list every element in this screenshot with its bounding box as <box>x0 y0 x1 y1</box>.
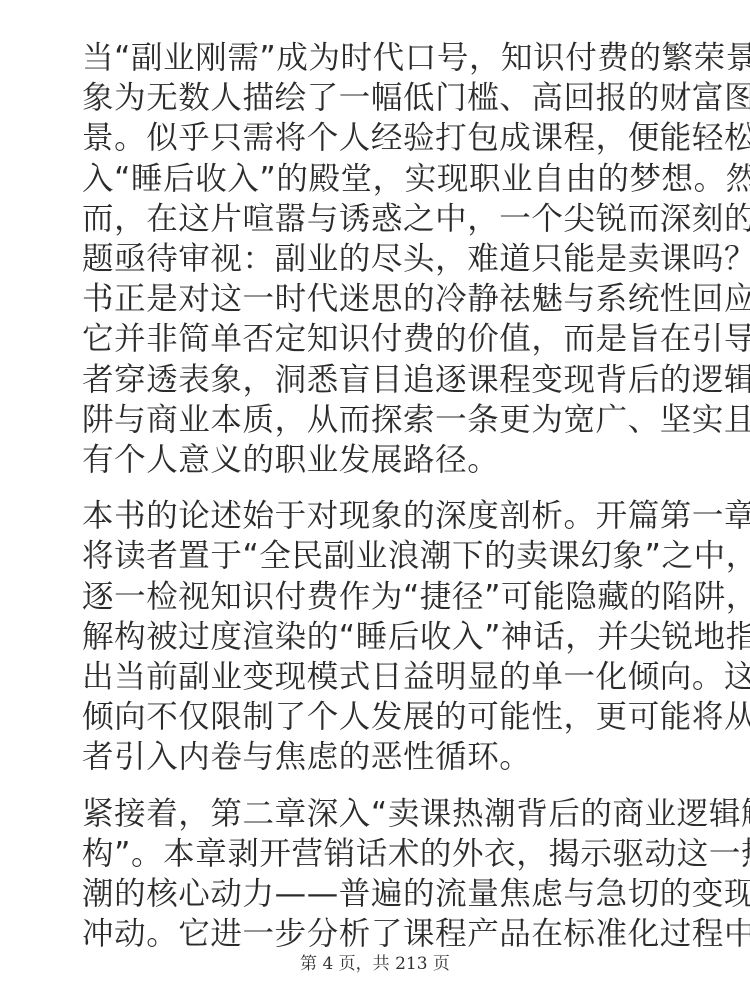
paragraph-3: 紧接着，第二章深入“卖课热潮背后的商业逻辑解 构”。本章剥开营销话术的外衣，揭示… <box>82 794 672 955</box>
text-line: 入“睡后收入”的殿堂，实现职业自由的梦想。然 <box>82 159 672 199</box>
text-line: 本书的论述始于对现象的深度剖析。开篇第一章便 <box>82 496 672 536</box>
text-line: 而，在这片喧嚣与诱惑之中，一个尖锐而深刻的问 <box>82 199 672 239</box>
text-line: 者穿透表象，洞悉盲目追逐课程变现背后的逻辑陷 <box>82 360 672 400</box>
text-line: 潮的核心动力——普遍的流量焦虑与急切的变现 <box>82 874 672 914</box>
paragraph-1: 当“副业刚需”成为时代口号，知识付费的繁荣景 象为无数人描绘了一幅低门槛、高回报… <box>82 38 672 480</box>
text-line: 解构被过度渲染的“睡后收入”神话，并尖锐地指 <box>82 617 672 657</box>
text-line: 将读者置于“全民副业浪潮下的卖课幻象”之中， <box>82 536 672 576</box>
text-line: 出当前副业变现模式日益明显的单一化倾向。这种 <box>82 657 672 697</box>
text-line: 有个人意义的职业发展路径。 <box>82 440 672 480</box>
document-page: 当“副业刚需”成为时代口号，知识付费的繁荣景 象为无数人描绘了一幅低门槛、高回报… <box>82 38 672 970</box>
text-line: 题亟待审视：副业的尽头，难道只能是卖课吗？本 <box>82 239 672 279</box>
text-line: 倾向不仅限制了个人发展的可能性，更可能将从业 <box>82 697 672 737</box>
text-line: 紧接着，第二章深入“卖课热潮背后的商业逻辑解 <box>82 794 672 834</box>
text-line: 阱与商业本质，从而探索一条更为宽广、坚实且富 <box>82 400 672 440</box>
paragraph-2: 本书的论述始于对现象的深度剖析。开篇第一章便 将读者置于“全民副业浪潮下的卖课幻… <box>82 496 672 777</box>
text-line: 构”。本章剥开营销话术的外衣，揭示驱动这一热 <box>82 834 672 874</box>
text-line: 逐一检视知识付费作为“捷径”可能隐藏的陷阱， <box>82 577 672 617</box>
text-line: 书正是对这一时代迷思的冷静祛魅与系统性回应。 <box>82 279 672 319</box>
text-line: 景。似乎只需将个人经验打包成课程，便能轻松踏 <box>82 118 672 158</box>
text-line: 者引入内卷与焦虑的恶性循环。 <box>82 737 672 777</box>
page-indicator: 第 4 页，共 213 页 <box>0 949 750 974</box>
text-line: 它并非简单否定知识付费的价值，而是旨在引导读 <box>82 319 672 359</box>
text-line: 当“副业刚需”成为时代口号，知识付费的繁荣景 <box>82 38 672 78</box>
text-line: 象为无数人描绘了一幅低门槛、高回报的财富图 <box>82 78 672 118</box>
